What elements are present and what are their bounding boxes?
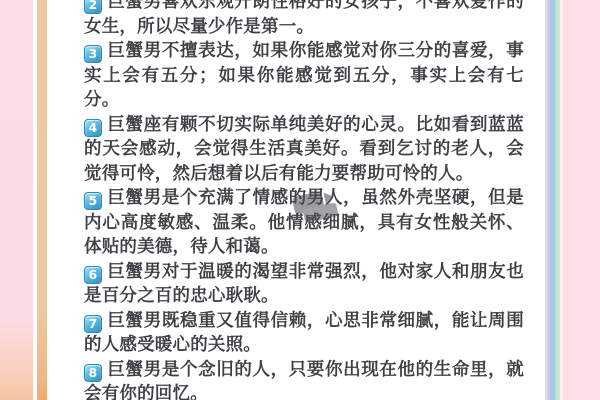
item-text: 巨蟹座有颗不切实际单纯美好的心灵。比如看到蓝蓝的天会感动，会觉得生活真美好。看到… xyxy=(84,115,524,184)
left-outer-pink-band xyxy=(0,0,33,400)
list-item: 8巨蟹男是个念旧的人，只要你出现在他的生命里，就会有你的回忆。 xyxy=(84,358,524,400)
item-number-badge: 5 xyxy=(84,192,102,210)
item-number-badge: 6 xyxy=(84,266,102,284)
item-number-badge: 7 xyxy=(84,315,102,333)
item-number-badge: 4 xyxy=(84,119,102,137)
list-item: 3巨蟹男不擅表达，如果你能感觉对你三分的喜爱，事实上会有五分；如果你能感觉到五分… xyxy=(84,39,524,113)
list-item: 5巨蟹男是个充满了情感的男人，虽然外壳坚硬，但是内心高度敏感、温柔。他情感细腻，… xyxy=(84,186,524,260)
right-outer-pink-band xyxy=(563,0,600,400)
list-item: 4巨蟹座有颗不切实际单纯美好的心灵。比如看到蓝蓝的天会感动，会觉得生活真美好。看… xyxy=(84,113,524,187)
post-card: 2巨蟹男喜欢乐观开朗性格好的女孩子，不喜欢爱作的女生，所以尽量少作是第一。 3巨… xyxy=(0,0,600,400)
item-text: 巨蟹男是个充满了情感的男人，虽然外壳坚硬，但是内心高度敏感、温柔。他情感细腻，具… xyxy=(84,188,524,257)
item-text: 巨蟹男喜欢乐观开朗性格好的女孩子，不喜欢爱作的女生，所以尽量少作是第一。 xyxy=(84,0,524,37)
item-number-badge: 2 xyxy=(84,0,102,14)
list-item: 6巨蟹男对于温暖的渴望非常强烈，他对家人和朋友也是百分之百的忠心耿耿。 xyxy=(84,260,524,309)
trait-list: 2巨蟹男喜欢乐观开朗性格好的女孩子，不喜欢爱作的女生，所以尽量少作是第一。 3巨… xyxy=(84,0,524,400)
item-text: 巨蟹男不擅表达，如果你能感觉对你三分的喜爱，事实上会有五分；如果你能感觉到五分，… xyxy=(84,41,524,110)
item-text: 巨蟹男对于温暖的渴望非常强烈，他对家人和朋友也是百分之百的忠心耿耿。 xyxy=(84,262,524,307)
item-text: 巨蟹男既稳重又值得信赖，心思非常细腻，能让周围的人感受暖心的关照。 xyxy=(84,311,524,356)
list-item: 7巨蟹男既稳重又值得信赖，心思非常细腻，能让周围的人感受暖心的关照。 xyxy=(84,309,524,358)
list-item: 2巨蟹男喜欢乐观开朗性格好的女孩子，不喜欢爱作的女生，所以尽量少作是第一。 xyxy=(84,0,524,39)
item-number-badge: 3 xyxy=(84,45,102,63)
item-text: 巨蟹男是个念旧的人，只要你出现在他的生命里，就会有你的回忆。 xyxy=(84,360,524,400)
item-number-badge: 8 xyxy=(84,364,102,382)
left-peach-border-strip xyxy=(37,0,47,400)
